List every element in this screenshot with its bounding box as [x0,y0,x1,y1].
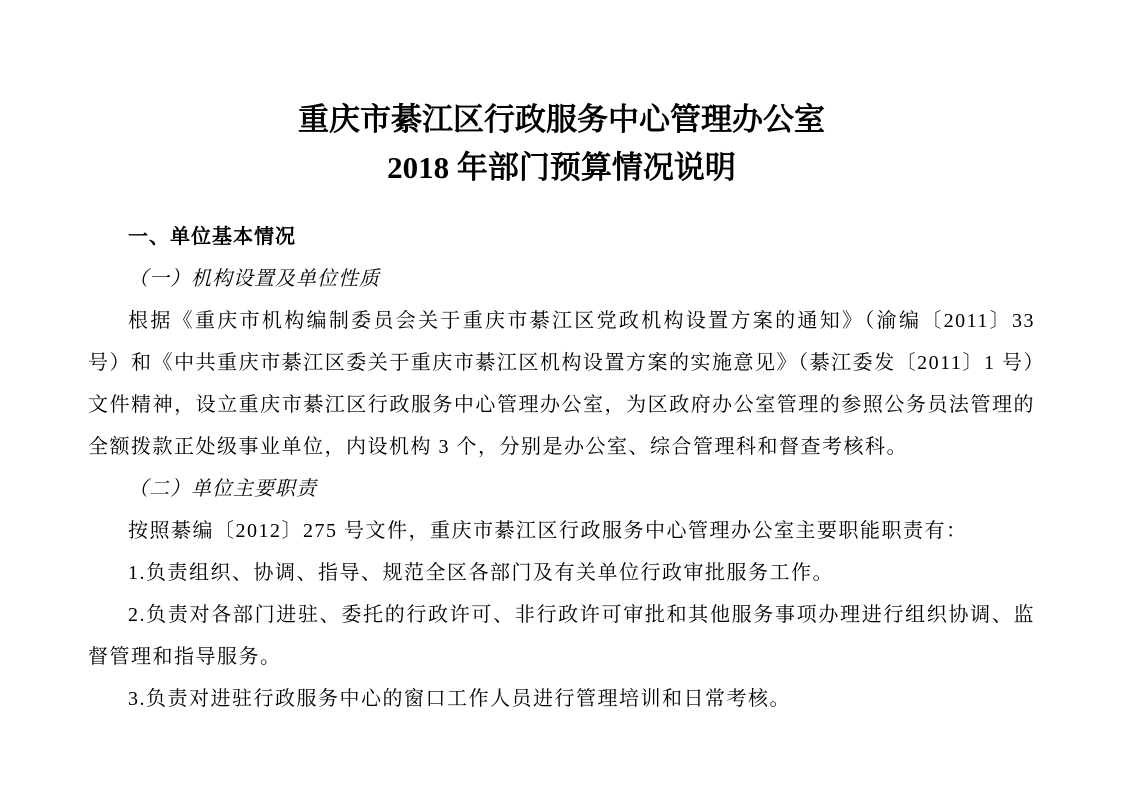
document-page: 重庆市綦江区行政服务中心管理办公室 2018 年部门预算情况说明 一、单位基本情… [0,0,1122,793]
document-title-line2: 2018 年部门预算情况说明 [88,144,1035,192]
subsection-1-1-heading: （一）机构设置及单位性质 [88,258,1035,300]
section-1-heading: 一、单位基本情况 [88,216,1035,258]
document-content: 重庆市綦江区行政服务中心管理办公室 2018 年部门预算情况说明 一、单位基本情… [0,96,1122,720]
document-body: 一、单位基本情况 （一）机构设置及单位性质 根据《重庆市机构编制委员会关于重庆市… [88,216,1035,720]
duty-list-item-3: 3.负责对进驻行政服务中心的窗口工作人员进行管理培训和日常考核。 [88,678,1035,720]
subsection-1-2-intro: 按照綦编〔2012〕275 号文件，重庆市綦江区行政服务中心管理办公室主要职能职… [88,510,1035,552]
duty-list-item-1: 1.负责组织、协调、指导、规范全区各部门及有关单位行政审批服务工作。 [88,552,1035,594]
subsection-1-1-paragraph: 根据《重庆市机构编制委员会关于重庆市綦江区党政机构设置方案的通知》（渝编〔201… [88,300,1035,468]
subsection-1-2-heading: （二）单位主要职责 [88,468,1035,510]
document-title-line1: 重庆市綦江区行政服务中心管理办公室 [88,96,1035,144]
duty-list-item-2: 2.负责对各部门进驻、委托的行政许可、非行政许可审批和其他服务事项办理进行组织协… [88,594,1035,678]
document-title: 重庆市綦江区行政服务中心管理办公室 2018 年部门预算情况说明 [88,96,1035,192]
